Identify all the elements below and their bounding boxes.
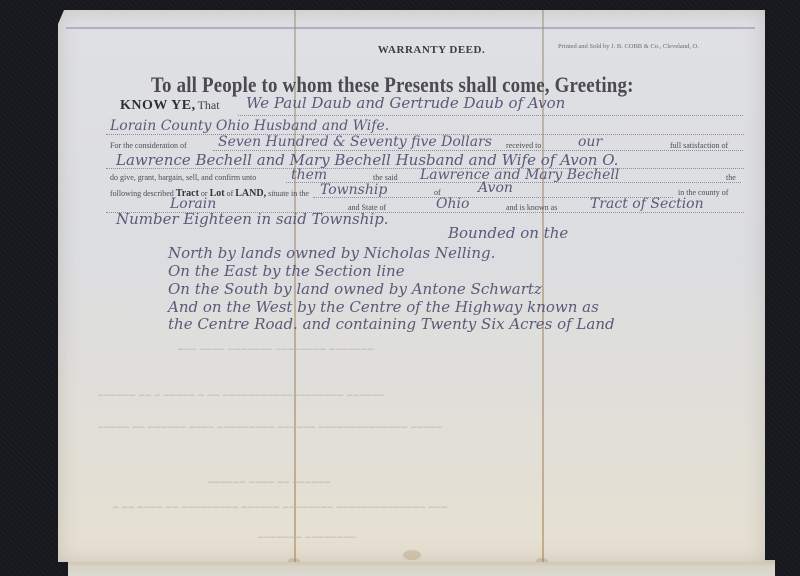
grantor-rule [238, 115, 743, 116]
known-as-handwritten: Tract of Section [590, 196, 704, 212]
bleed-through-text: ▁▁▁▁▁▁ ▁▁ ▁ ▁▁▁▁▁ ▁ ▁▁ ▁▁▁▁▁▁▁▁▁▁▁▁▁▁▁▁▁… [98, 388, 385, 396]
county-line-handwritten: Lorain County Ohio Husband and Wife. [110, 118, 389, 134]
know-ye-line: KNOW YE, That [120, 98, 220, 114]
top-border-rule [66, 27, 755, 29]
known-as-label: and is known as [506, 203, 557, 212]
township-handwritten: Avon [478, 180, 513, 196]
warranty-deed-sheet: WARRANTY DEED. Printed and Sold by J. B.… [58, 10, 765, 562]
consideration-label: For the consideration of [110, 141, 187, 150]
that-label: That [198, 98, 220, 112]
land-label: LAND, [235, 188, 266, 199]
following-label: following described [110, 189, 174, 198]
stain [403, 550, 421, 560]
description-line-1: Number Eighteen in said Township. [116, 210, 389, 228]
lower-folded-page-edge [68, 560, 775, 576]
bleed-through-text: ▁▁▁▁▁▁▁ ▁▁▁▁▁▁▁▁ [258, 530, 357, 538]
of-label: of [227, 189, 234, 198]
received-by-handwritten: our [578, 134, 602, 150]
the-said-label: the said [373, 173, 398, 182]
full-satisfaction-label: full satisfaction of [670, 141, 728, 150]
know-ye-label: KNOW YE, [120, 98, 196, 113]
description-line-7: the Centre Road. and containing Twenty S… [168, 315, 615, 333]
bleed-through-text: ▁▁▁▁▁ ▁▁ ▁▁▁▁▁▁ ▁▁▁▁ ▁▁▁▁▁▁▁▁▁ ▁▁▁▁▁▁ ▁▁… [98, 420, 443, 428]
printer-credit: Printed and Sold by J. B. COBB & Co., Cl… [558, 43, 699, 50]
the-label: the [726, 173, 736, 182]
situate-label: situate in the [268, 189, 309, 198]
description-line-2: Bounded on the [448, 224, 568, 242]
situate-handwritten: Township [320, 182, 387, 198]
grantors-handwritten: We Paul Daub and Gertrude Daub of Avon [246, 94, 565, 112]
consideration-handwritten: Seven Hundred & Seventy five Dollars [218, 134, 492, 150]
bleed-through-text: ▁▁▁▁▁▁ ▁▁▁▁ ▁▁ ▁▁▁▁▁▁ [208, 475, 331, 483]
description-line-5: On the South by land owned by Antone Sch… [168, 280, 542, 298]
bleed-through-text: ▁▁▁ ▁▁▁▁ ▁▁▁▁▁▁▁ ▁▁▁▁▁▁▁▁ ▁▁▁▁▁▁▁ [178, 342, 374, 350]
unto-handwritten: them [291, 167, 327, 183]
received-to-label: received to [506, 141, 541, 150]
bleed-through-text: ▁ ▁▁ ▁▁▁▁ ▁▁ ▁▁▁▁▁▁▁▁▁ ▁▁▁▁▁▁ ▁▁▁▁▁▁▁▁ ▁… [113, 500, 448, 508]
description-line-3: North by lands owned by Nicholas Nelling… [168, 244, 495, 262]
grant-clause-label: do give, grant, bargain, sell, and confi… [110, 173, 256, 182]
description-line-4: On the East by the Section line [168, 262, 405, 280]
state-handwritten: Ohio [436, 196, 469, 212]
the-said-handwritten: Lawrence and Mary Bechell [420, 167, 619, 183]
description-line-6: And on the West by the Centre of the Hig… [168, 298, 599, 316]
